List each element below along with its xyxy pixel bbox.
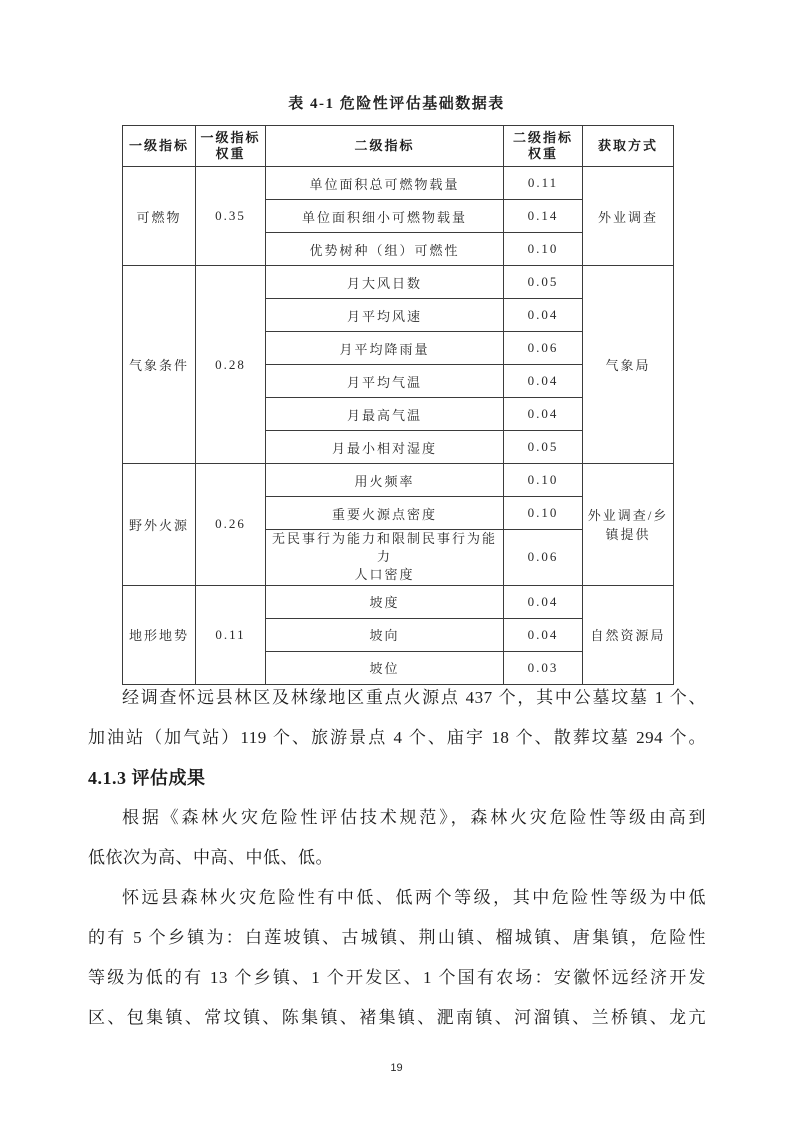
method-cell: 外业调查/乡镇提供 — [583, 464, 674, 586]
body-text: 经调查怀远县林区及林缘地区重点火源点 437 个，其中公墓坟墓 1 个、 加油站… — [88, 678, 706, 1038]
header-level2-weight: 二级指标权重 — [504, 126, 583, 167]
sub-indicator-cell: 优势树种（组）可燃性 — [266, 233, 504, 266]
header-level2-indicator: 二级指标 — [266, 126, 504, 167]
sub-weight-cell: 0.05 — [504, 266, 583, 299]
sub-indicator-cell: 单位面积总可燃物载量 — [266, 167, 504, 200]
sub-indicator-cell: 月大风日数 — [266, 266, 504, 299]
hazard-assessment-table: 一级指标 一级指标权重 二级指标 二级指标权重 获取方式 可燃物 0.35 单位… — [122, 125, 674, 685]
sub-weight-cell: 0.06 — [504, 530, 583, 586]
table-row: 气象条件 0.28 月大风日数 0.05 气象局 — [123, 266, 674, 299]
table-row: 野外火源 0.26 用火频率 0.10 外业调查/乡镇提供 — [123, 464, 674, 497]
paragraph-line: 低依次为高、中高、中低、低。 — [88, 838, 706, 878]
sub-weight-cell: 0.05 — [504, 431, 583, 464]
sub-indicator-cell: 坡向 — [266, 618, 504, 651]
weight-cell: 0.35 — [196, 167, 266, 266]
weight-cell: 0.11 — [196, 585, 266, 684]
sub-weight-cell: 0.10 — [504, 497, 583, 530]
sub-indicator-cell: 用火频率 — [266, 464, 504, 497]
indicator-cell: 野外火源 — [123, 464, 196, 586]
paragraph-line: 加油站（加气站）119 个、旅游景点 4 个、庙宇 18 个、散葬坟墓 294 … — [88, 718, 706, 758]
sub-indicator-cell: 月平均降雨量 — [266, 332, 504, 365]
sub-indicator-cell: 坡度 — [266, 585, 504, 618]
weight-cell: 0.28 — [196, 266, 266, 464]
sub-indicator-cell: 月最高气温 — [266, 398, 504, 431]
sub-indicator-cell: 单位面积细小可燃物载量 — [266, 200, 504, 233]
page-number: 19 — [0, 1060, 793, 1076]
sub-weight-cell: 0.10 — [504, 233, 583, 266]
sub-weight-cell: 0.11 — [504, 167, 583, 200]
paragraph-line: 怀远县森林火灾危险性有中低、低两个等级，其中危险性等级为中低 — [88, 878, 706, 918]
section-heading: 4.1.3 评估成果 — [88, 758, 706, 798]
method-cell: 外业调查 — [583, 167, 674, 266]
indicator-cell: 可燃物 — [123, 167, 196, 266]
sub-weight-cell: 0.10 — [504, 464, 583, 497]
sub-indicator-cell: 月最小相对湿度 — [266, 431, 504, 464]
method-cell: 自然资源局 — [583, 585, 674, 684]
sub-indicator-cell: 无民事行为能力和限制民事行为能力人口密度 — [266, 530, 504, 586]
method-cell: 气象局 — [583, 266, 674, 464]
paragraph-line: 的有 5 个乡镇为：白莲坡镇、古城镇、荆山镇、榴城镇、唐集镇，危险性 — [88, 918, 706, 958]
sub-weight-cell: 0.04 — [504, 299, 583, 332]
paragraph-line: 根据《森林火灾危险性评估技术规范》，森林火灾危险性等级由高到 — [88, 798, 706, 838]
document-page: 表 4-1 危险性评估基础数据表 一级指标 一级指标权重 二级指标 二级指标权重… — [0, 0, 793, 1122]
paragraph-line: 经调查怀远县林区及林缘地区重点火源点 437 个，其中公墓坟墓 1 个、 — [88, 678, 706, 718]
sub-indicator-cell: 重要火源点密度 — [266, 497, 504, 530]
sub-weight-cell: 0.06 — [504, 332, 583, 365]
sub-indicator-cell: 月平均风速 — [266, 299, 504, 332]
sub-weight-cell: 0.04 — [504, 618, 583, 651]
table-header-row: 一级指标 一级指标权重 二级指标 二级指标权重 获取方式 — [123, 126, 674, 167]
table-row: 地形地势 0.11 坡度 0.04 自然资源局 — [123, 585, 674, 618]
sub-indicator-cell: 月平均气温 — [266, 365, 504, 398]
header-acquisition-method: 获取方式 — [583, 126, 674, 167]
weight-cell: 0.26 — [196, 464, 266, 586]
indicator-cell: 气象条件 — [123, 266, 196, 464]
sub-weight-cell: 0.04 — [504, 398, 583, 431]
paragraph-line: 区、包集镇、常坟镇、陈集镇、褚集镇、淝南镇、河溜镇、兰桥镇、龙亢 — [88, 998, 706, 1038]
sub-weight-cell: 0.04 — [504, 585, 583, 618]
sub-weight-cell: 0.14 — [504, 200, 583, 233]
indicator-cell: 地形地势 — [123, 585, 196, 684]
header-level1-weight: 一级指标权重 — [196, 126, 266, 167]
table-row: 可燃物 0.35 单位面积总可燃物载量 0.11 外业调查 — [123, 167, 674, 200]
header-level1-indicator: 一级指标 — [123, 126, 196, 167]
sub-weight-cell: 0.04 — [504, 365, 583, 398]
paragraph-line: 等级为低的有 13 个乡镇、1 个开发区、1 个国有农场：安徽怀远经济开发 — [88, 958, 706, 998]
table-title: 表 4-1 危险性评估基础数据表 — [0, 92, 793, 116]
